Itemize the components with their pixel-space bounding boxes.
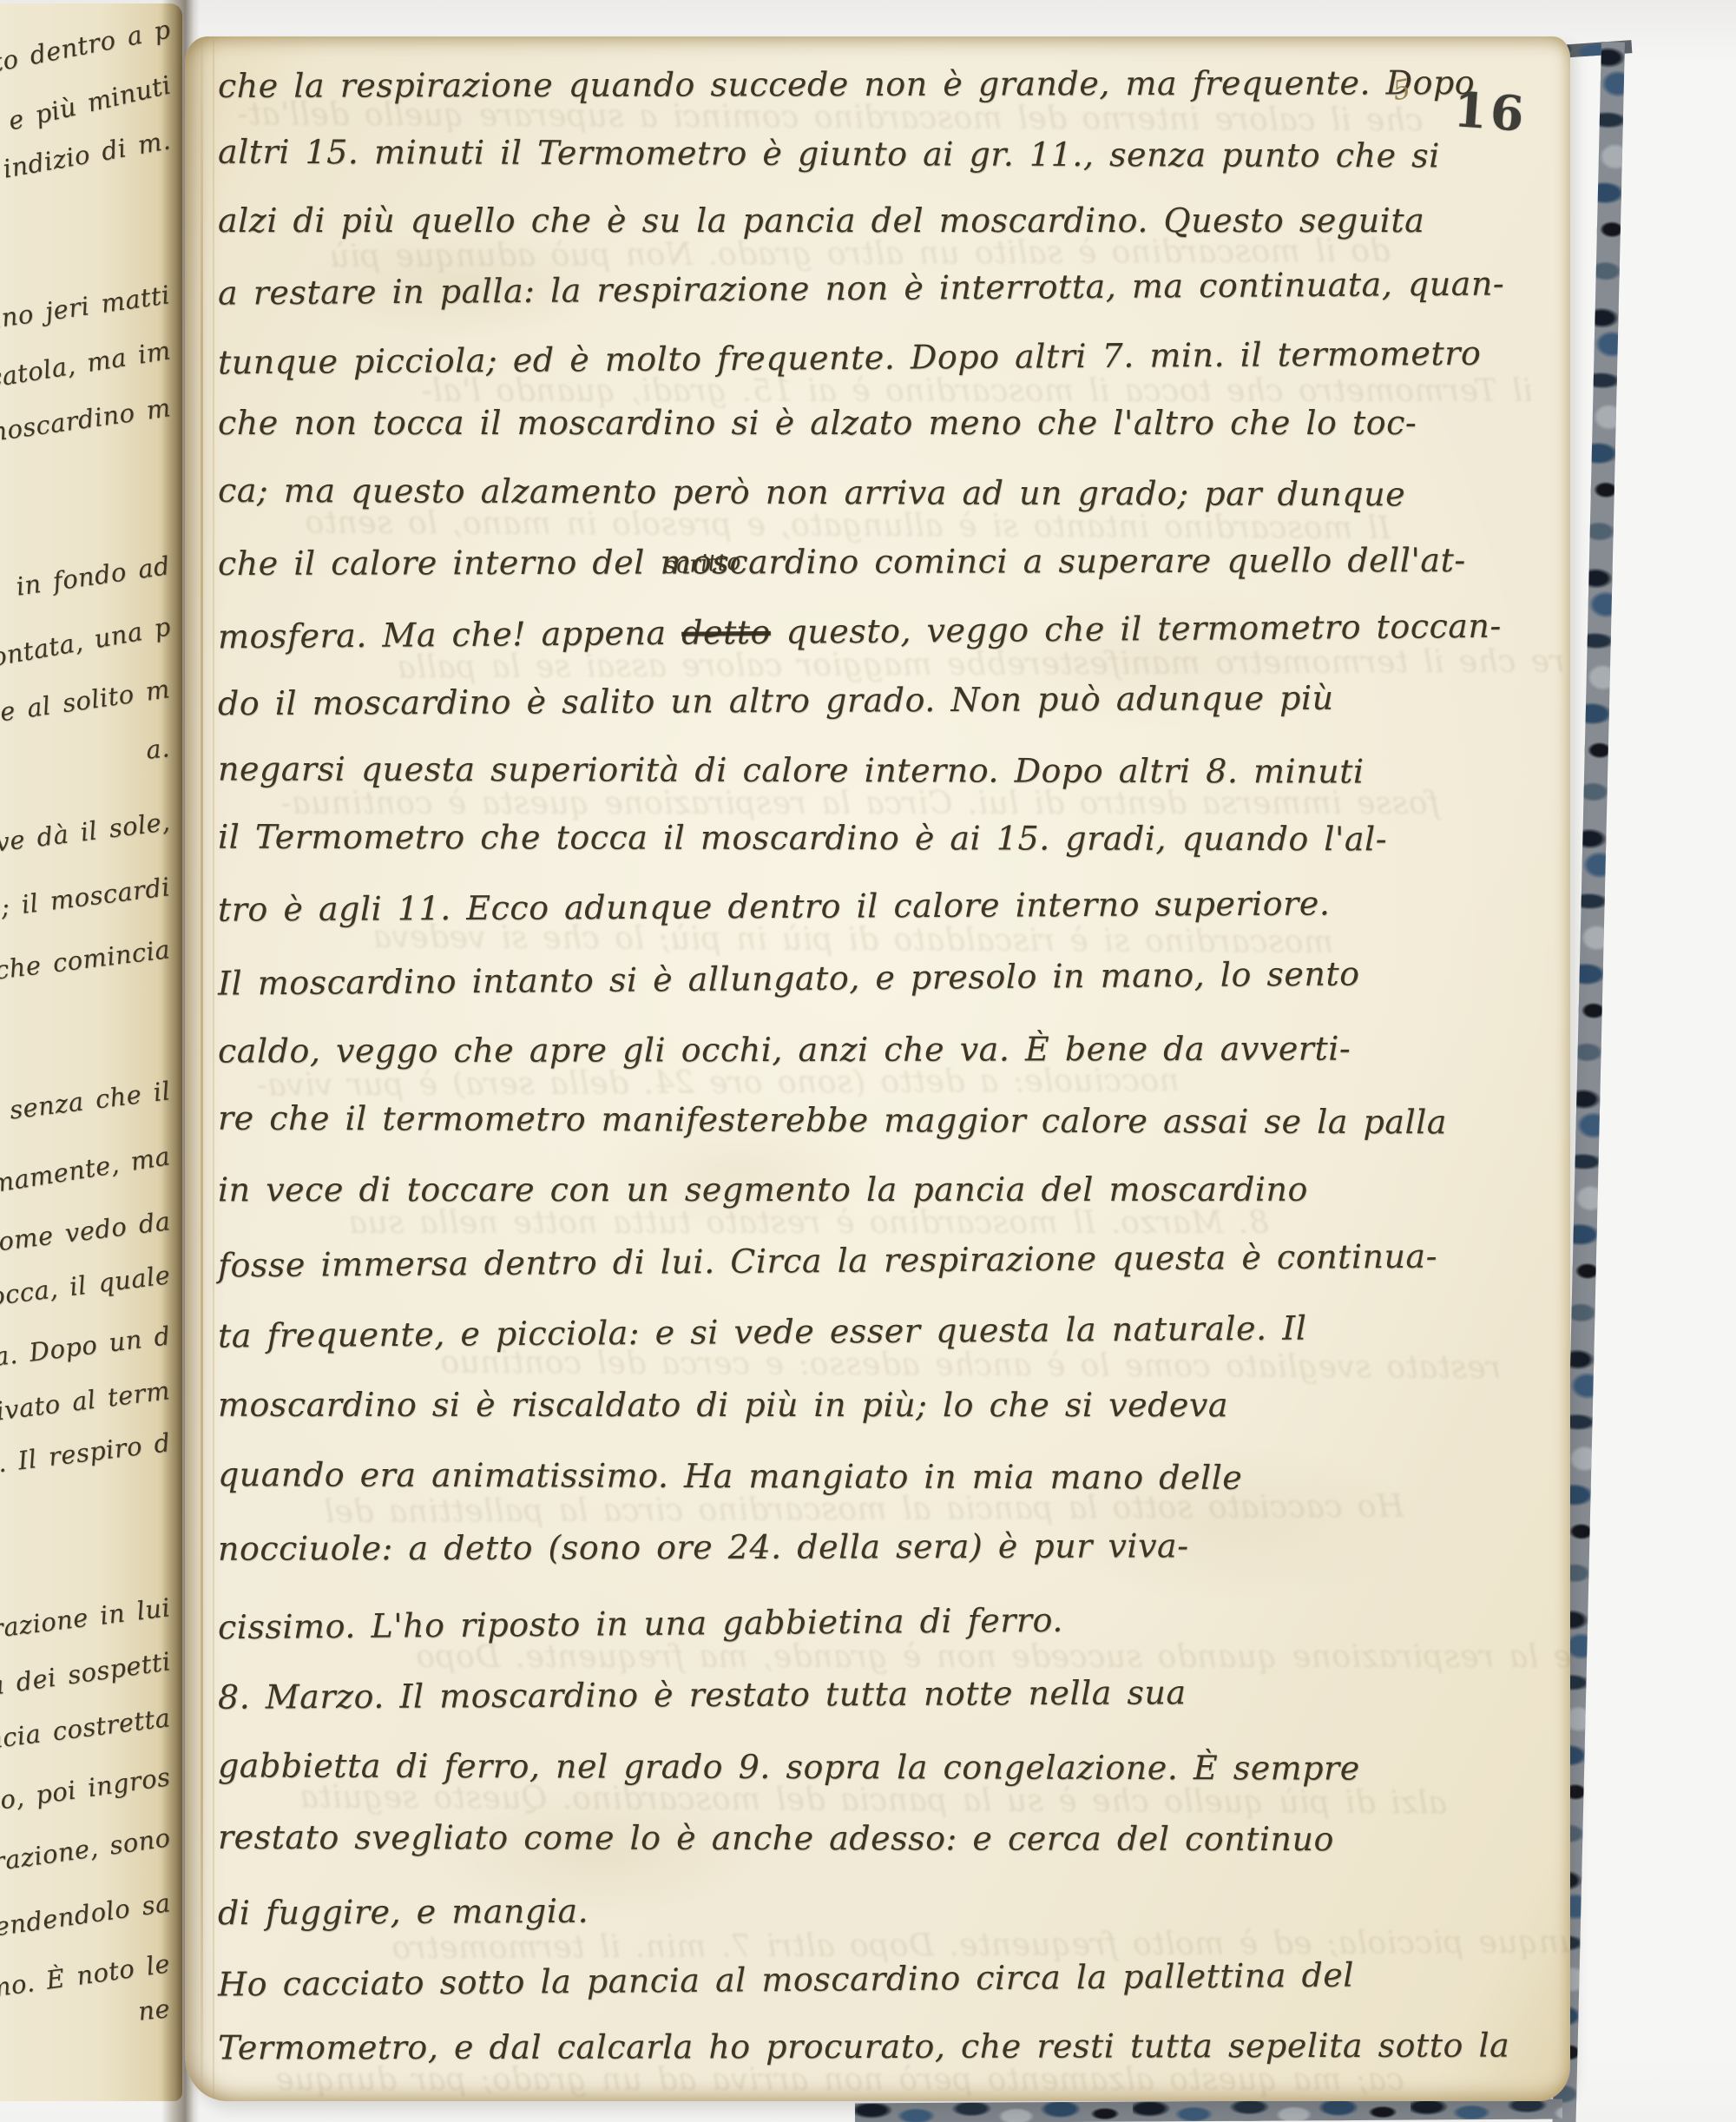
manuscript-line: alzi di più quello che è su la pancia de…	[218, 201, 1424, 247]
manuscript-line: 8. Marzo. Il moscardino è restato tutta …	[218, 1673, 1187, 1723]
left-page-line-fragment: l moscardino m	[0, 392, 172, 451]
manuscript-line: ca; ma questo alzamento però non arriva …	[218, 471, 1405, 521]
manuscript-line: quando era animatissimo. Ha mangiato in …	[218, 1455, 1242, 1504]
manuscript-line: tro è agli 11. Ecco adunque dentro il ca…	[218, 884, 1331, 935]
manuscript-line: nocciuole: a detto (sono ore 24. della s…	[218, 1526, 1189, 1575]
left-page-line-fragment: rispirazione in lui	[0, 1592, 172, 1651]
left-page-line-fragment: dino jeri matti	[0, 280, 172, 336]
left-page-line-fragment: lentissimamente, ma	[0, 1141, 173, 1213]
manuscript-line: re che il termometro manifesterebbe magg…	[218, 1099, 1447, 1149]
left-page-line-fragment: più. Il respiro d	[0, 1427, 172, 1483]
manuscript-line: Termometro, e dal calcarla ho procurato,…	[218, 2026, 1509, 2074]
left-page-line-fragment: ro, senza che il	[0, 1076, 172, 1130]
manuscript-line: che non tocca il moscardino si è alzato …	[218, 404, 1417, 449]
left-page-line-fragment: è arrivato al term	[0, 1375, 172, 1434]
manuscript-line: Il moscardino intanto si è allungato, e …	[218, 954, 1360, 1009]
left-page-line-fragment: gero indizio di m.	[0, 125, 173, 196]
manuscript-line: altri 15. minuti il Termometro è giunto …	[218, 133, 1440, 182]
left-page-line-fragment: in fondo ad	[15, 550, 173, 602]
left-page-line-fragment: ne che comincia	[0, 934, 172, 991]
left-page-line-fragment: dove dà il sole,	[0, 807, 172, 861]
manuscript-line: caldo, veggo che apre gli occhi, anzi ch…	[218, 1030, 1351, 1077]
manuscript-line: fosse immersa dentro di lui. Circa la re…	[218, 1237, 1437, 1292]
manuscript-line: restato svegliato come lo è anche adesso…	[218, 1818, 1334, 1865]
left-page-line-fragment: come vedo da	[0, 1206, 172, 1258]
left-page-line-fragment: sospendendolo sa	[0, 1888, 172, 1950]
manuscript-photo: { "main_page": { "page_number": "16", "f…	[0, 0, 1736, 2122]
manuscript-line: Ho cacciato sotto la pancia al moscardin…	[218, 1956, 1354, 2011]
manuscript-line: cissimo. L'ho riposto in una gabbietina …	[218, 1601, 1063, 1653]
manuscript-line: moscardino si è riscaldato di più in più…	[218, 1386, 1228, 1431]
manuscript-text: scritto che la respirazione quando succe…	[185, 36, 1570, 2101]
left-page-line-fragment: nto, poi ingros	[0, 1762, 172, 1819]
manuscript-line: a restare in palla: la respirazione non …	[218, 264, 1505, 319]
left-page-line-fragment: scatola, ma im	[0, 335, 173, 395]
left-page-line-fragment: prima dei sospetti	[0, 1646, 172, 1710]
left-page-line-fragment: montata, una p	[0, 611, 173, 676]
left-page-line-fragment: comincia costretta	[0, 1703, 172, 1763]
manuscript-line: il Termometro che tocca il moscardino è …	[218, 818, 1387, 866]
page-number-stamp: 16	[1452, 81, 1529, 142]
left-page-line-fragment: ne al solito m	[0, 674, 172, 729]
left-page-line-fragment: ra. Dopo un d	[0, 1321, 172, 1373]
manuscript-line: tunque picciola; ed è molto frequente. D…	[218, 334, 1482, 389]
marbled-cover-edge-bottom	[855, 2099, 1562, 2122]
manuscript-line: in vece di toccare con un segmento la pa…	[218, 1170, 1308, 1216]
left-page-line-fragment: iato dentro a p	[0, 14, 173, 82]
manuscript-line: ta frequente, e picciola: e si vede esse…	[218, 1309, 1307, 1362]
manuscript-line: che la respirazione quando succede non è…	[218, 63, 1475, 112]
struck-word: detto	[681, 613, 771, 652]
left-page-line-fragment: gelo; il moscardi	[0, 872, 172, 929]
manuscript-line: do il moscardino è salito un altro grado…	[218, 679, 1334, 730]
manuscript-line: negarsi questa superiorità di calore int…	[218, 750, 1364, 798]
manuscript-line: di fuggire, e mangia.	[218, 1892, 589, 1939]
manuscript-line: che il calore interno del moscardino com…	[218, 541, 1466, 590]
left-page-line-fragment: a respirazione, sono	[0, 1822, 172, 1889]
left-page-line-fragment: lo tocca, il quale	[0, 1260, 172, 1317]
interlinear-insertion: scritto	[663, 549, 741, 580]
manuscript-page: 5 16 scritto che la respirazione quando …	[185, 36, 1570, 2101]
manuscript-line: gabbietta di ferro, nel grado 9. sopra l…	[218, 1746, 1360, 1794]
left-page-edge: iato dentro a pa. e più minutigero indiz…	[0, 3, 182, 2101]
